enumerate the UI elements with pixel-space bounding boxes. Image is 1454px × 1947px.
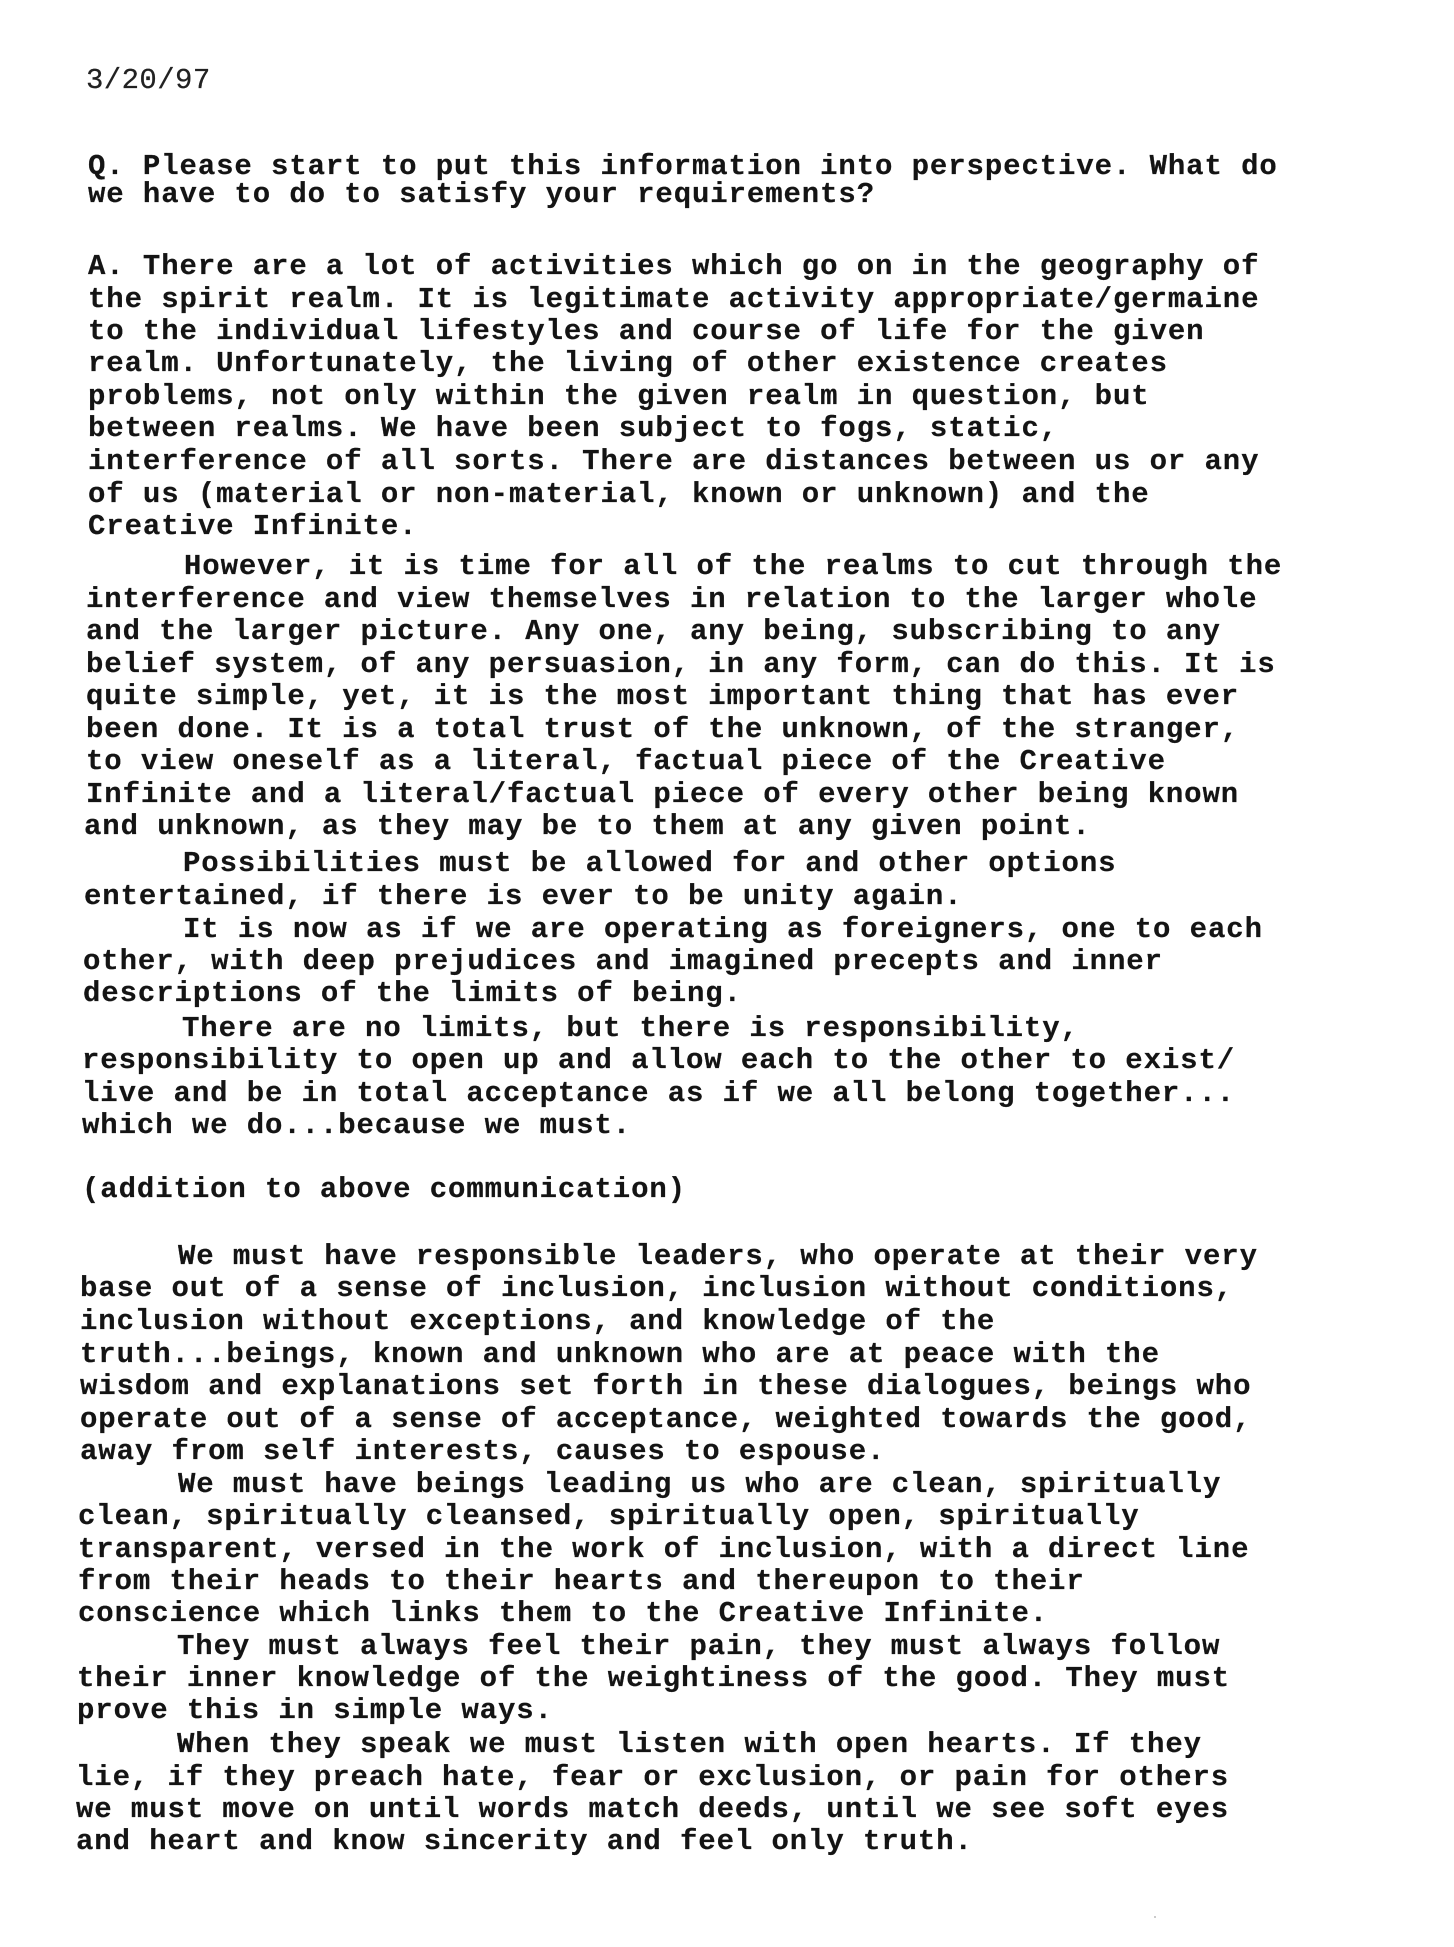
answer-line: and unknown, as they may be to them at a…	[84, 810, 1091, 843]
answer-line: which we do...because we must.	[82, 1109, 631, 1142]
addition-line: We must have beings leading us who are c…	[178, 1468, 1221, 1501]
question-line: we have to do to satisfy your requiremen…	[88, 178, 875, 211]
answer-line: to view oneself as a literal, factual pi…	[86, 745, 1166, 778]
answer-line: entertained, if there is ever to be unit…	[84, 880, 963, 913]
answer-line: live and be in total acceptance as if we…	[82, 1077, 1235, 1110]
answer-line: other, with deep prejudices and imagined…	[83, 945, 1163, 978]
scanned-document-page: 3/20/97 Q. Please start to put this info…	[0, 0, 1454, 1947]
addition-line: and heart and know sincerity and feel on…	[76, 1825, 973, 1858]
answer-line: responsibility to open up and allow each…	[82, 1044, 1235, 1077]
addition-line: inclusion without exceptions, and knowle…	[80, 1305, 995, 1338]
addition-line: When they speak we must listen with open…	[177, 1728, 1202, 1761]
addition-line: lie, if they preach hate, fear or exclus…	[76, 1761, 1229, 1794]
addition-line: operate out of a sense of acceptance, we…	[80, 1403, 1251, 1436]
addition-line: wisdom and explanations set forth in the…	[80, 1370, 1251, 1403]
answer-line: quite simple, yet, it is the most import…	[86, 680, 1239, 713]
answer-line: It is now as if we are operating as fore…	[183, 913, 1263, 946]
addition-line: conscience which links them to the Creat…	[78, 1597, 1048, 1630]
answer-line: However, it is time for all of the realm…	[184, 550, 1282, 583]
answer-line: and the larger picture. Any one, any bei…	[86, 615, 1221, 648]
answer-line: of us (material or non-material, known o…	[88, 478, 1150, 511]
addition-line: clean, spiritually cleansed, spiritually…	[78, 1500, 1140, 1533]
addition-line: They must always feel their pain, they m…	[177, 1630, 1220, 1663]
answer-line: Infinite and a literal/factual piece of …	[86, 778, 1239, 811]
scan-speck	[1154, 1916, 1156, 1918]
answer-line: Possibilities must be allowed for and ot…	[183, 847, 1116, 880]
answer-line: Creative Infinite.	[88, 510, 417, 543]
answer-line: belief system, of any persuasion, in any…	[86, 648, 1276, 681]
addition-line: truth...beings, known and unknown who ar…	[80, 1338, 1160, 1371]
answer-line: the spirit realm. It is legitimate activ…	[88, 283, 1259, 316]
addition-line: base out of a sense of inclusion, inclus…	[80, 1272, 1233, 1305]
answer-line: to the individual lifestyles and course …	[88, 315, 1204, 348]
addition-line: away from self interests, causes to espo…	[80, 1435, 885, 1468]
addition-line: from their heads to their hearts and the…	[78, 1565, 1085, 1598]
addition-line: transparent, versed in the work of inclu…	[78, 1533, 1249, 1566]
answer-line: interference and view themselves in rela…	[86, 583, 1257, 616]
answer-line: between realms. We have been subject to …	[88, 412, 1058, 445]
addition-line: their inner knowledge of the weightiness…	[77, 1662, 1230, 1695]
answer-line: realm. Unfortunately, the living of othe…	[88, 347, 1168, 380]
answer-line: descriptions of the limits of being.	[83, 977, 742, 1010]
addition-line: prove this in simple ways.	[77, 1694, 553, 1727]
answer-line: been done. It is a total trust of the un…	[86, 713, 1239, 746]
answer-line: problems, not only within the given real…	[88, 380, 1150, 413]
answer-line: interference of all sorts. There are dis…	[88, 445, 1259, 478]
answer-line: There are no limits, but there is respon…	[182, 1012, 1079, 1045]
addition-line: we must move on until words match deeds,…	[76, 1793, 1229, 1826]
answer-line: A. There are a lot of activities which g…	[88, 250, 1259, 283]
addition-heading: (addition to above communication)	[82, 1173, 686, 1206]
document-date: 3/20/97	[86, 64, 211, 97]
addition-line: We must have responsible leaders, who op…	[178, 1240, 1258, 1273]
